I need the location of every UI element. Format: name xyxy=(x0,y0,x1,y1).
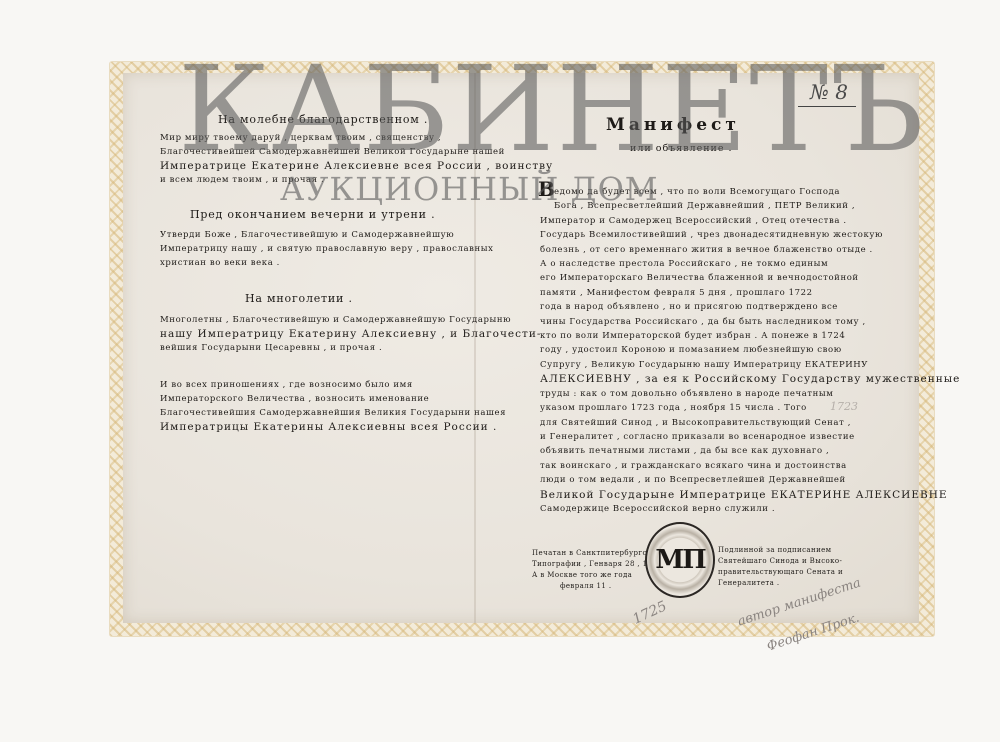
imprint-printed-at: Печатан в Санктпитербургской Типографии … xyxy=(532,548,662,592)
auction-watermark: КАБИНЕТЪ xyxy=(178,40,926,178)
text-line: Святейшаго Синода и Высоко- xyxy=(718,556,843,567)
text-line: болезнь , от сего временнаго жития в веч… xyxy=(540,243,960,257)
text-line: памяти , Манифестом февраля 5 дня , прош… xyxy=(540,286,960,300)
text-line: Благочестивейшия Самодержавнейшия Велики… xyxy=(160,406,506,420)
text-line: так воинскаго , и гражданскаго всякаго ч… xyxy=(540,459,960,473)
section-long-life-text: Многолетны , Благочестивейшую и Самодерж… xyxy=(160,313,541,355)
text-line: Подлинной за подписанием xyxy=(718,545,843,556)
text-line: февраля 11 . xyxy=(532,581,662,592)
text-line: АЛЕКСИЕВНУ , за ея к Российскому Государ… xyxy=(540,372,960,386)
imprint-signed-by: Подлинной за подписанием Святейшаго Сино… xyxy=(718,545,843,589)
text-line: Императрицы Екатерины Алексиевны всея Ро… xyxy=(160,420,506,434)
text-line: Великой Государыне Императрице ЕКАТЕРИНЕ… xyxy=(540,488,960,502)
text-line: вейшия Государыни Цесаревны , и прочая . xyxy=(160,341,541,355)
text-line: А о наследстве престола Российскаго , не… xyxy=(540,257,960,271)
section-heading-vespers: Пред окончанием вечерни и утрени . xyxy=(190,208,435,221)
text-line: для Святейший Синод , и Высокоправительс… xyxy=(540,416,960,430)
text-line: указом прошлаго 1723 года , ноября 15 чи… xyxy=(540,401,960,415)
text-line: И во всех приношениях , где возносимо бы… xyxy=(160,378,506,392)
text-line: Император и Самодержец Всероссийский , О… xyxy=(540,214,960,228)
text-line: кто по воли Императорской будет избран .… xyxy=(540,329,960,343)
manifesto-body: В едомо да будет всем , что по воли Всем… xyxy=(540,185,960,516)
text-line: христиан во веки века . xyxy=(160,256,494,270)
text-line: нашу Императрицу Екатерину Алексиевну , … xyxy=(160,327,541,341)
margin-note-year: 1723 xyxy=(830,400,858,413)
section-vespers-text: Утверди Боже , Благочестивейшую и Самоде… xyxy=(160,228,494,270)
text-line: Императорского Величества , возносить им… xyxy=(160,392,506,406)
section-offerings-text: И во всех приношениях , где возносимо бы… xyxy=(160,378,506,434)
text-line: Государь Всемилостивейший , чрез двонаде… xyxy=(540,228,960,242)
section-heading-long-life: На многолетии . xyxy=(245,292,353,305)
text-line: его Императорскаго Величества блаженной … xyxy=(540,271,960,285)
text-line: году , удостоил Короною и помазанием люб… xyxy=(540,343,960,357)
text-line: объявить печатными листами , да бы все к… xyxy=(540,444,960,458)
text-line: правительствующаго Сената и xyxy=(718,567,843,578)
text-line: Утверди Боже , Благочестивейшую и Самоде… xyxy=(160,228,494,242)
text-line: Типографии , Генваря 28 , 1725 xyxy=(532,559,662,570)
auction-watermark-subtitle: АУКЦИОННЫЙ ДОМ xyxy=(280,170,659,208)
printing-house-seal: МП xyxy=(645,522,715,598)
text-line: чины Государства Российскаго , да бы быт… xyxy=(540,315,960,329)
text-line: труды : как о том довольно объявлено в н… xyxy=(540,387,960,401)
text-line: года в народ объявлено , но и присягою п… xyxy=(540,300,960,314)
text-line: Супругу , Великую Государыню нашу Импера… xyxy=(540,358,960,372)
text-line: и Генералитет , согласно приказали во вс… xyxy=(540,430,960,444)
seal-monogram: МП xyxy=(655,545,704,575)
text-line: Императрицу нашу , и святую православную… xyxy=(160,242,494,256)
text-line: Многолетны , Благочестивейшую и Самодерж… xyxy=(160,313,541,327)
text-line: А в Москве того же года xyxy=(532,570,662,581)
text-line: Печатан в Санктпитербургской xyxy=(532,548,662,559)
text-line: люди о том ведали , и по Всепресветлейше… xyxy=(540,473,960,487)
text-line: Самодержице Всероссийской верно служили … xyxy=(540,502,960,516)
